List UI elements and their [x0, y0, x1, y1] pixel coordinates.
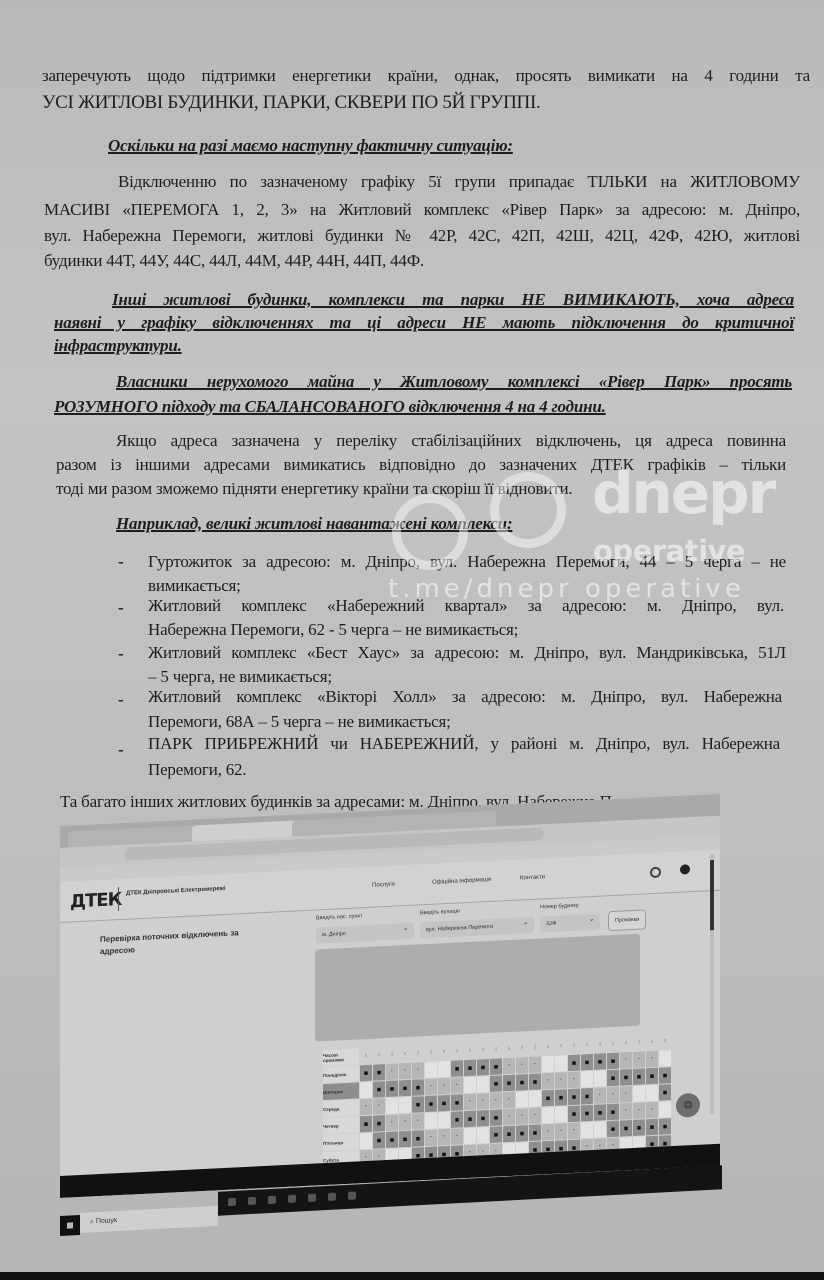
schedule-cell: ˑ	[360, 1099, 372, 1116]
schedule-cell: ˑ	[633, 1102, 645, 1119]
page-title: Перевірка поточних відключень за адресою	[100, 926, 260, 958]
page-scrollbar	[710, 854, 714, 1114]
hour-header: ⁝	[516, 1040, 528, 1057]
page-description	[100, 965, 280, 974]
schedule-cell: ▪	[399, 1080, 411, 1097]
bullet-marker: -	[118, 740, 124, 760]
schedule-cell: ▪	[646, 1068, 658, 1085]
hour-header: ⁝	[399, 1046, 411, 1063]
schedule-cell: ▪	[477, 1059, 489, 1076]
schedule-cell: ˑ	[555, 1123, 567, 1140]
schedule-cell: ▪	[412, 1096, 424, 1113]
taskbar-app-icon	[248, 1197, 256, 1205]
hour-header: ⁝	[464, 1043, 476, 1060]
schedule-cell: ▪	[490, 1109, 502, 1126]
chat-icon: ⧉	[676, 1093, 700, 1118]
schedule-cell	[581, 1071, 593, 1088]
hour-header: ⁝	[542, 1039, 554, 1056]
schedule-cell: ▪	[620, 1120, 632, 1137]
schedule-cell: ˑ	[516, 1057, 528, 1074]
hour-header: ⁝	[568, 1038, 580, 1055]
hour-header: ⁝	[490, 1041, 502, 1058]
schedule-cell: ▪	[438, 1095, 450, 1112]
schedule-cell: ▪	[633, 1068, 645, 1085]
outage-info-box	[315, 934, 640, 1042]
nav-official-info: Офіційна інформація	[432, 877, 491, 886]
schedule-cell: ˑ	[620, 1103, 632, 1120]
schedule-cell: ▪	[581, 1105, 593, 1122]
schedule-cell: ˑ	[399, 1063, 411, 1080]
dtek-logo: ДТЕК	[70, 889, 121, 913]
schedule-cell	[594, 1121, 606, 1138]
if-line-2: разом із іншими адресами вимикатись відп…	[56, 455, 786, 475]
schedule-cell: ▪	[659, 1118, 671, 1135]
schedule-cell: ▪	[555, 1089, 567, 1106]
taskbar-app-icon	[228, 1198, 236, 1206]
embedded-browser-screenshot: ДТЕК ДТЕК Дніпровські Електромережі Посл…	[60, 794, 720, 1198]
bullet-5-line-1: ПАРК ПРИБРЕЖНИЙ чи НАБЕРЕЖНИЙ, у районі …	[148, 734, 780, 754]
schedule-cell	[464, 1128, 476, 1145]
schedule-header-label: Часові проміжки	[323, 1048, 359, 1066]
schedule-cell: ▪	[373, 1115, 385, 1132]
schedule-cell: ▪	[568, 1089, 580, 1106]
taskbar-app-icon	[348, 1191, 356, 1199]
schedule-cell	[594, 1070, 606, 1087]
hour-header: ⁝	[594, 1036, 606, 1053]
search-icon	[650, 867, 661, 879]
schedule-cell	[516, 1091, 528, 1108]
others-line-1: Інші житлові будинки, комплекси та парки…	[112, 290, 794, 310]
hour-header: ⁝	[529, 1039, 541, 1056]
schedule-cell: ▪	[373, 1132, 385, 1149]
schedule-cell: ˑ	[503, 1092, 515, 1109]
bullet-1-line-2: вимикається;	[148, 576, 241, 596]
hour-header: ⁝	[425, 1045, 437, 1062]
bullet-1-line-1: Гуртожиток за адресою: м. Дніпро, вул. Н…	[148, 552, 786, 572]
schedule-cell: ▪	[581, 1088, 593, 1105]
schedule-cell	[425, 1113, 437, 1130]
hour-header: ⁝	[438, 1044, 450, 1061]
bullet-marker: -	[118, 690, 124, 710]
schedule-cell: ˑ	[646, 1051, 658, 1068]
schedule-cell	[659, 1050, 671, 1067]
nav-contacts: Контакти	[520, 874, 545, 881]
hour-header: ⁝	[633, 1034, 645, 1051]
city-select: м. Дніпро	[316, 923, 414, 944]
schedule-cell	[633, 1085, 645, 1102]
schedule-cell: ˑ	[412, 1113, 424, 1130]
schedule-cell: ▪	[529, 1124, 541, 1141]
intro-line-1: заперечують щодо підтримки енергетики кр…	[42, 66, 810, 86]
schedule-cell	[555, 1055, 567, 1072]
street-select: вул. Набережна Перемоги	[420, 917, 534, 939]
schedule-cell: ˑ	[529, 1056, 541, 1073]
schedule-cell	[438, 1061, 450, 1078]
hour-header: ⁝	[477, 1042, 489, 1059]
schedule-day-label: П'ятниця	[323, 1133, 359, 1151]
schedule-cell: ▪	[490, 1075, 502, 1092]
intervals-button: Проміжки	[608, 909, 646, 931]
schedule-cell: ˑ	[438, 1129, 450, 1146]
schedule-cell: ▪	[646, 1119, 658, 1136]
schedule-cell: ˑ	[464, 1094, 476, 1111]
schedule-cell: ▪	[581, 1054, 593, 1071]
schedule-day-label: Середа	[323, 1099, 359, 1117]
schedule-cell: ▪	[464, 1111, 476, 1128]
schedule-cell: ▪	[607, 1104, 619, 1121]
others-line-2: наявні у графіку відключеннях та ці адре…	[54, 313, 794, 333]
hour-header: ⁝	[620, 1035, 632, 1052]
taskbar-app-icon	[268, 1196, 276, 1204]
situation-line-4: будинки 44Т, 44У, 44С, 44Л, 44М, 44Р, 44…	[44, 251, 424, 271]
hour-header: ⁝	[451, 1043, 463, 1060]
schedule-cell: ˑ	[503, 1109, 515, 1126]
bullet-marker: -	[118, 598, 124, 618]
handcuffs-icon	[392, 494, 468, 570]
bullet-marker: -	[118, 644, 124, 664]
schedule-cell: ˑ	[542, 1073, 554, 1090]
schedule-cell: ▪	[594, 1053, 606, 1070]
schedule-cell	[360, 1082, 372, 1099]
bottom-edge	[0, 1272, 824, 1280]
schedule-cell: ˑ	[620, 1086, 632, 1103]
schedule-cell: ˑ	[386, 1114, 398, 1131]
taskbar-search: ⌕ Пошук	[80, 1206, 218, 1233]
schedule-cell: ˑ	[412, 1062, 424, 1079]
bullet-4-line-1: Житловий комплекс «Вікторі Холл» за адре…	[148, 687, 782, 707]
taskbar-app-icon	[288, 1195, 296, 1203]
schedule-cell: ▪	[477, 1110, 489, 1127]
schedule-cell: ˑ	[555, 1072, 567, 1089]
schedule-cell: ▪	[568, 1055, 580, 1072]
schedule-day-label: Вівторок	[323, 1082, 359, 1100]
schedule-cell: ▪	[594, 1104, 606, 1121]
street-label: Введіть вулицю	[420, 908, 460, 916]
schedule-cell: ˑ	[477, 1093, 489, 1110]
schedule-cell	[425, 1062, 437, 1079]
bullet-5-line-2: Перемоги, 62.	[148, 760, 246, 780]
schedule-cell: ▪	[399, 1131, 411, 1148]
situation-line-3: вул. Набережна Перемоги, житлові будинки…	[44, 226, 800, 246]
schedule-cell: ▪	[412, 1079, 424, 1096]
schedule-cell: ˑ	[633, 1051, 645, 1068]
bullet-4-line-2: Перемоги, 68А – 5 черга – не вимикається…	[148, 712, 451, 732]
bullet-3-line-1: Житловий комплекс «Бест Хаус» за адресою…	[148, 643, 786, 663]
schedule-cell: ▪	[490, 1126, 502, 1143]
schedule-cell	[399, 1097, 411, 1114]
intro-line-2: УСІ ЖИТЛОВІ БУДИНКИ, ПАРКИ, СКВЕРИ ПО 5Й…	[42, 92, 540, 114]
taskbar-app-icon	[308, 1194, 316, 1202]
schedule-cell: ▪	[607, 1070, 619, 1087]
schedule-cell	[477, 1076, 489, 1093]
schedule-cell	[646, 1085, 658, 1102]
schedule-cell	[581, 1122, 593, 1139]
schedule-cell: ˑ	[425, 1079, 437, 1096]
if-line-1: Якщо адреса зазначена у переліку стабілі…	[116, 431, 786, 451]
nav-services: Послуги	[372, 882, 395, 889]
schedule-cell: ˑ	[399, 1114, 411, 1131]
bullet-3-line-2: – 5 черга, не вимикається;	[148, 667, 332, 687]
schedule-cell: ▪	[659, 1067, 671, 1084]
schedule-cell: ▪	[516, 1125, 528, 1142]
schedule-cell: ▪	[451, 1111, 463, 1128]
schedule-cell: ˑ	[620, 1052, 632, 1069]
others-line-3: інфраструктури.	[54, 336, 182, 356]
schedule-cell	[542, 1107, 554, 1124]
schedule-cell: ˑ	[529, 1107, 541, 1124]
schedule-cell: ˑ	[373, 1098, 385, 1115]
hour-header: ⁝	[360, 1048, 372, 1065]
schedule-cell: ▪	[568, 1106, 580, 1123]
bullet-marker: -	[118, 552, 124, 572]
schedule-cell: ˑ	[646, 1102, 658, 1119]
schedule-cell: ˑ	[490, 1092, 502, 1109]
schedule-cell: ˑ	[568, 1072, 580, 1089]
schedule-cell: ˑ	[451, 1128, 463, 1145]
hour-header: ⁝	[503, 1041, 515, 1058]
schedule-cell: ▪	[425, 1096, 437, 1113]
schedule-cell: ▪	[451, 1060, 463, 1077]
hour-header: ⁝	[646, 1034, 658, 1051]
schedule-cell: ˑ	[386, 1063, 398, 1080]
schedule-cell: ▪	[373, 1081, 385, 1098]
heading-situation: Оскільки на разі маємо наступну фактичну…	[108, 136, 513, 156]
bullet-2-line-1: Житловий комплекс «Набережний квартал» з…	[148, 596, 784, 616]
company-name: ДТЕК Дніпровські Електромережі	[126, 886, 226, 897]
schedule-cell: ▪	[633, 1119, 645, 1136]
schedule-cell: ▪	[607, 1053, 619, 1070]
user-icon	[680, 864, 690, 874]
schedule-cell: ▪	[373, 1064, 385, 1081]
taskbar-app-icon	[328, 1193, 336, 1201]
schedule-cell: ▪	[542, 1090, 554, 1107]
schedule-cell	[386, 1097, 398, 1114]
schedule-cell	[529, 1090, 541, 1107]
hour-header: ⁝	[659, 1033, 671, 1050]
schedule-cell: ▪	[503, 1126, 515, 1143]
schedule-cell: ▪	[620, 1069, 632, 1086]
windows-start-icon	[60, 1215, 80, 1236]
schedule-cell	[464, 1077, 476, 1094]
schedule-cell: ▪	[516, 1074, 528, 1091]
schedule-cell	[438, 1112, 450, 1129]
schedule-cell: ▪	[451, 1094, 463, 1111]
schedule-cell: ▪	[386, 1080, 398, 1097]
owners-line-2: РОЗУМНОГО підходу та СБАЛАНСОВАНОГО відк…	[54, 397, 606, 417]
schedule-cell: ˑ	[503, 1058, 515, 1075]
schedule-cell	[477, 1127, 489, 1144]
schedule-cell: ˑ	[425, 1130, 437, 1147]
schedule-cell: ▪	[607, 1121, 619, 1138]
schedule-cell: ˑ	[607, 1087, 619, 1104]
situation-line-1: Відключенню по зазначеному графіку 5ї гр…	[118, 172, 800, 192]
schedule-cell: ▪	[360, 1065, 372, 1082]
hour-header: ⁝	[607, 1036, 619, 1053]
taskbar-search-label: Пошук	[96, 1217, 117, 1225]
schedule-cell: ▪	[386, 1131, 398, 1148]
schedule-cell: ▪	[360, 1116, 372, 1133]
schedule-cell: ˑ	[516, 1108, 528, 1125]
bullet-2-line-2: Набережна Перемоги, 62 - 5 черга – не ви…	[148, 620, 518, 640]
owners-line-1: Власники нерухомого майна у Житловому ко…	[116, 372, 792, 392]
schedule-cell: ˑ	[568, 1123, 580, 1140]
schedule-day-label: Четвер	[323, 1116, 359, 1134]
hour-header: ⁝	[581, 1037, 593, 1054]
schedule-cell: ▪	[529, 1073, 541, 1090]
schedule-cell: ▪	[659, 1084, 671, 1101]
schedule-cell	[542, 1056, 554, 1073]
situation-line-2: МАСИВІ «ПЕРЕМОГА 1, 2, 3» на Житловий ко…	[44, 200, 800, 220]
schedule-cell	[360, 1133, 372, 1150]
document-photo: заперечують щодо підтримки енергетики кр…	[0, 0, 824, 1272]
logo-divider	[118, 887, 119, 911]
hour-header: ⁝	[412, 1045, 424, 1062]
house-label: Номер будинку	[540, 903, 579, 911]
taskbar-icons	[218, 1165, 722, 1215]
handcuffs-icon	[490, 472, 566, 548]
hour-header: ⁝	[555, 1038, 567, 1055]
schedule-cell: ▪	[412, 1130, 424, 1147]
schedule-cell: ˑ	[438, 1078, 450, 1095]
city-label: Введіть нас. пункт	[316, 913, 362, 921]
schedule-cell: ˑ	[542, 1124, 554, 1141]
schedule-day-label: Понеділок	[323, 1065, 359, 1083]
schedule-cell: ▪	[503, 1075, 515, 1092]
hour-header: ⁝	[386, 1046, 398, 1063]
hour-header: ⁝	[373, 1047, 385, 1064]
schedule-cell: ˑ	[451, 1077, 463, 1094]
house-select: 42Ф	[540, 914, 600, 933]
schedule-cell: ▪	[490, 1058, 502, 1075]
schedule-cell	[659, 1101, 671, 1118]
schedule-cell	[555, 1106, 567, 1123]
schedule-cell: ▪	[464, 1060, 476, 1077]
schedule-cell: ˑ	[594, 1087, 606, 1104]
